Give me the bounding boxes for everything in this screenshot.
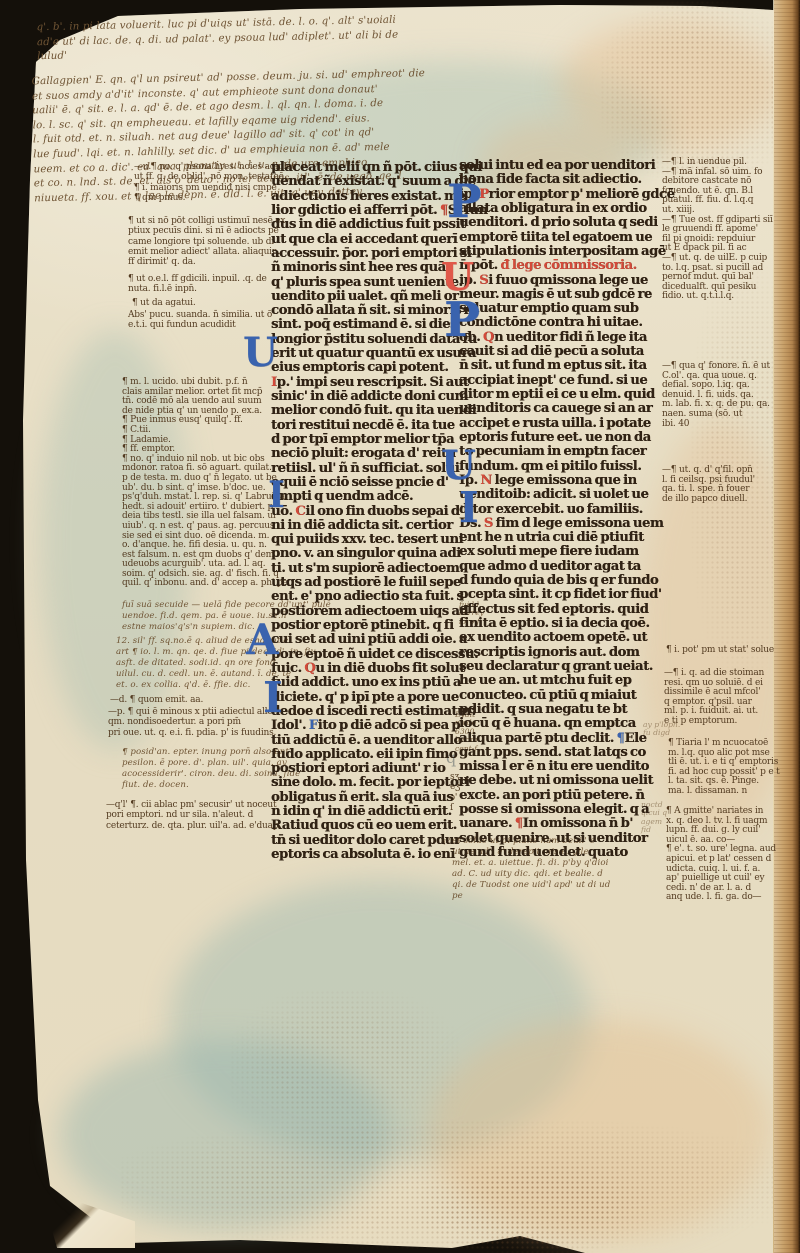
text-line: x. q. deo l. tv. l. fi uaqm <box>666 816 776 826</box>
text-line: ¶ ut da agatui. <box>132 298 196 308</box>
red-letter: đ lege cōmmissoria. <box>500 258 636 273</box>
text-line: defial. sopo. l.iq. qa. <box>662 380 770 390</box>
text-line: adiectionis heres existat. me <box>271 189 463 203</box>
text-line: —¶ i. q. ad die stoiman <box>664 668 764 678</box>
text-line: gant pps. send. stat latqs co <box>459 745 669 759</box>
text-line: ¶ ut o.e.l. ff gdicili. inpuil. .q. de <box>128 274 267 284</box>
text-line: naen. suma (sō. ut <box>662 409 770 419</box>
text-run: Ele <box>624 731 646 746</box>
text-line: Ip. N lege emissona que in <box>459 473 669 487</box>
text-line: accipiat inept' ce fund. si ue <box>459 373 669 387</box>
book-fore-edge <box>774 0 800 1253</box>
text-line: uicul ē. aa. co— <box>666 835 776 845</box>
text-line: resi. qm uo soluiē. d ei <box>664 678 764 688</box>
text-line: emit melior adiect' allata. aliaquin. <box>128 247 285 257</box>
blue-letter: F <box>309 718 318 733</box>
text-line: equii ē nciō seisse pncie d' <box>271 475 463 489</box>
text-line: diciete. q' p ipī pte a pore ue <box>271 690 463 704</box>
text-line: —¶ Tue ost. ff gdiparti siī <box>662 215 773 225</box>
text-line: tn̄. codē mō ala uendo aul suum <box>122 396 288 406</box>
text-line: p de testa. m. duo q' n̄ legato. ut be <box>122 473 288 483</box>
initial-P-col2-2: P <box>444 300 480 341</box>
text-line: uenditoib: adicit. si uolet ue <box>459 487 669 501</box>
text-line: est falsum. n. est qm duobs q' dem <box>122 550 288 560</box>
text-line: uenditori. d prio soluta q sedi <box>459 215 669 229</box>
text-line: finita ē eptio. si ia decia qoē. <box>459 616 669 630</box>
text-line: pno. v. an singulor quina adi <box>271 546 463 560</box>
text-line: ob. Qn ueditor fidi ñ lege ita <box>459 330 669 344</box>
text-line: ut. xiiij. <box>662 205 773 215</box>
initial-U-col1-1: U <box>243 336 278 370</box>
red-letter: Q <box>483 330 494 345</box>
text-line: fi. ad hoc cup possit' p e t <box>668 767 780 777</box>
text-line: Idol'. Fito p diē adcō si pea p <box>271 718 463 732</box>
text-line: rescriptis ignoris aut. dom <box>459 645 669 659</box>
red-letter: S <box>479 273 488 288</box>
text-line: ub'. du. b sint. q' imse. b'doc. ue. <box>122 483 288 493</box>
text-line: meur. magis ē ut sub gdcē re <box>459 287 669 301</box>
text-line: obligatus ñ erit. sla quā ius <box>271 790 463 804</box>
text-line: le gruuendi ff. apome' <box>662 224 773 234</box>
text-line: n idin q' in diē addictū erit. <box>271 804 463 818</box>
text-line: nuta. fi.l.ē inpn̄. <box>128 284 267 294</box>
red-letter: C <box>295 504 305 519</box>
text-line: Ratiud quos cū eo uem erit. <box>271 818 463 832</box>
text-line: anq ude. l. fi. ga. do— <box>666 892 776 902</box>
initial-U-col2-2: U <box>441 449 476 483</box>
text-line: tli ē. ut. i. e ti q' emptoris <box>668 757 780 767</box>
text-line: ni in diē addicta sit. certior <box>271 518 463 532</box>
left-gloss-5: Abs' pucu. suanda. n̄ similia. ut ōe.t.i… <box>128 310 272 331</box>
text-line: dus in diē addictius fuit pssit <box>271 217 463 231</box>
text-line: fuic. Qu in diē duobs fit solut <box>271 661 463 675</box>
text-line: tori restitui necdē ē. ita tue <box>271 418 463 432</box>
left-gloss-6: ¶ m. l. ucido. ubi dubit. p.f. n̄clais a… <box>122 377 288 588</box>
text-line: uendito pii ualet. qñ meli or <box>271 289 463 303</box>
text-line: pri oue. ut. q. e.i. fi. pdia. p' is fuu… <box>108 728 276 738</box>
text-line: qi. de Tuodst one uid'l apd' ut di ud <box>452 880 610 891</box>
text-line: placeat melii qn ñ pōt. ciius qui <box>271 160 463 174</box>
text-line: dedoe d iscedi recti estimatur. <box>271 704 463 718</box>
right-gloss-7: ¶ A gmitte' nariates inx. q. deo l. tv. … <box>666 806 776 902</box>
text-line: ex soluti mepe fiere iudam <box>459 544 669 558</box>
text-line: fidio. ut. q.t.i.l.q. <box>662 291 773 301</box>
text-line: l. ta. sit. qs. ē. Pinge. <box>668 776 780 786</box>
text-line: —q'l' ¶. cii ablac pm' secusir' ut noceu… <box>106 800 281 810</box>
text-line: accessuir. p̄or. pori emptori si <box>271 246 463 260</box>
text-line: seu declaratur q grant ueiat. <box>459 659 669 673</box>
text-line: uendat ñ existat. q' suum a diē <box>271 174 463 188</box>
left-gloss-2: ¶ ut si nō pōt colligi ustimuī nesē expt… <box>128 216 285 267</box>
text-line: utqs ad postiorē le fuiil sepe <box>271 575 463 589</box>
text-line: melior condō fuit. qu ita uendi <box>271 403 463 417</box>
text-line: lupn. ff. dui. g. ly cuil' <box>666 825 776 835</box>
text-line: retiisl. ul' ñ n̄ sufficiat. solui <box>271 461 463 475</box>
text-line: ff dirimit' q. da. <box>128 257 285 267</box>
text-line: ¶ ff. emptor. <box>122 444 288 454</box>
text-line: postior eptorē ptinebit. q fi <box>271 618 463 632</box>
text-line: uō. Cil ono fin duobs sepai d' <box>271 504 463 518</box>
text-line: ¶ Ladamie. <box>122 435 288 445</box>
text-line: —¶ qua q' fonore. n̄. ē ut <box>662 361 770 371</box>
text-line: puatul. ff. fiu. d. l.q.q <box>662 195 773 205</box>
text-line: allata obligatura in ex ordio <box>459 201 669 215</box>
text-line: came longiore tpi soluende. ub di <box>128 237 285 247</box>
text-line: ¶ no. q' induio nil nob. ut bic obs <box>122 454 288 464</box>
text-line: debitore castcate nō <box>662 176 773 186</box>
text-line: bona fide facta sit adiectio. <box>459 172 669 186</box>
text-line: pe <box>452 891 610 902</box>
text-column-1: placeat melii qn ñ pōt. ciius quiuendat … <box>271 160 463 861</box>
left-gloss-3: ¶ ut o.e.l. ff gdicili. inpuil. .q. denu… <box>128 274 267 295</box>
text-line: ma. l. dissaman. n <box>668 786 780 796</box>
text-line: to pecuniam in emptn facer <box>459 444 669 458</box>
text-line: denuid. l. fi. uids. qa. <box>662 390 770 400</box>
text-line: pori emptori. nd ur sila. n'aleut. d <box>106 810 281 820</box>
text-line: ti. ut s'm supiorē adiectoem. <box>271 561 463 575</box>
text-line: conucteo. cū ptiū q miaiut <box>459 688 669 702</box>
text-line: ap' puiellige ut cuil' ey <box>666 873 776 883</box>
text-line: sint. poq̄ estimand ē. si dies <box>271 317 463 331</box>
text-line: mdonor. ratoa fi. sō aguart. quilat. <box>122 463 288 473</box>
right-gloss-4: ¶ i. pot' pm ut stat' solue <box>666 645 774 655</box>
text-line: ut E dpack pil. fi ac <box>662 243 773 253</box>
red-letter: ¶ <box>515 816 523 831</box>
text-run: aliqua partē ptu declit. <box>459 731 616 746</box>
text-line: neciō pluit: erogata d' reitu <box>271 446 463 460</box>
text-line: pore eptoē ñ uidet ce discessu. <box>271 647 463 661</box>
text-line: eptoris ca absoluta ē. io enī <box>271 847 463 861</box>
text-line: cedi. n' de ar. l. a. d <box>666 883 776 893</box>
initial-I-col1-1: I <box>268 480 285 511</box>
text-line: n̄ pōt. đ lege cōmmissoria. <box>459 258 669 272</box>
right-gloss-5: —¶ i. q. ad die stoimanresi. qm uo solui… <box>664 668 764 726</box>
text-line: —¶ ut. q. de uilE. p cuip <box>662 253 773 263</box>
text-line: m. l.q. quo alic pot mse <box>668 748 780 758</box>
text-line: de illo papco diuell. <box>662 494 755 504</box>
text-line: Ds. S fim d lege emissona uem <box>459 516 669 530</box>
text-run: lege emissona que in <box>492 473 637 488</box>
text-line: pcepta sint. it cp fidet ior fiud' <box>459 587 669 601</box>
text-line: uanare. ¶In omissona n̄ b' <box>459 816 669 830</box>
text-line: ps'q'duh. mstat. l. rep. si. q' Labruida <box>122 492 288 502</box>
text-run: lior gdictio ei afferri pōt. <box>271 203 440 218</box>
right-gloss-2: —¶ qua q' fonore. n̄. ē utC.ol'. qa. qua… <box>662 361 770 428</box>
text-line: postiori eptori adiunt' r io <box>271 761 463 775</box>
text-line: excte. an pori ptiū petere. n̄ <box>459 788 669 802</box>
text-line: soim. q' odsich. sie. ag. d' fisch. fi. … <box>122 569 288 579</box>
text-line: o. d'anque. he. fifi desia. u. qu. n. <box>122 540 288 550</box>
right-gloss-6: ¶ Tiaria l' m ncuocatoēm. l.q. quo alic … <box>668 738 780 796</box>
text-column-2: solui intu ed ea por uenditoribona fide … <box>459 158 669 859</box>
text-line: tiū addictū ē. a uenditor allo <box>271 733 463 747</box>
text-line: ptiux pecuīs dini. si nī ē adiocts pe <box>128 226 285 236</box>
left-gloss-10: —p. ¶ qui ē minous x ptii adiectul alloq… <box>108 707 276 738</box>
text-line: udicta. cuiq. l. ui. f. a. <box>666 864 776 874</box>
text-line: ¶ Tiaria l' m ncuocatoē <box>668 738 780 748</box>
text-line: cui set ad uini ptiū addi oie. a <box>271 632 463 646</box>
text-line: pdidit. q sua negatu te bt <box>459 702 669 716</box>
text-line: q' pluris spea sunt ueniente. <box>271 275 463 289</box>
text-line: Ip.' impi seu rescripsit. Si aut <box>271 375 463 389</box>
text-run: rior emptor p' meliorē gdcē <box>489 187 675 202</box>
text-line: hedt. si adouit' ertiiro. t' dubiert. p <box>122 502 288 512</box>
text-line: soluatur emptio quam sub <box>459 301 669 315</box>
text-line: udeuobs acurguib'. uta. ad. l. aq. <box>122 559 288 569</box>
initial-U-col2-red: U <box>441 261 474 293</box>
text-line: accipet e rusta uilla. i potate <box>459 416 669 430</box>
text-line: ditor m eptii ei ce u elm. quid <box>459 387 669 401</box>
text-line: sinic' in diē addicte doni cum <box>271 389 463 403</box>
text-line: que admo d ueditor agat ta <box>459 559 669 573</box>
text-line: fouendo. ut ē. qn. B.l <box>662 186 773 196</box>
text-line: fuid addict. uno ex ins ptiū a <box>271 675 463 689</box>
text-line: uiub'. q. n est. q' paus. ag. percuus <box>122 521 288 531</box>
text-line: deia tibs testl. sie illa uel falsam. ui <box>122 511 288 521</box>
text-line: ¶ ut si nō pōt colligi ustimuī nesē ex <box>128 216 285 226</box>
text-line: ent he n utria cui diē ptiufit <box>459 530 669 544</box>
text-run: il ono fin duobs sepai d' <box>305 504 463 519</box>
top-annotation-1: q'. b'. in pi lata voluerit. luc pi d'ui… <box>36 14 398 65</box>
text-line: ml. p. i. fuiduit. ai. ut. <box>664 706 764 716</box>
initial-I-col1-2: I <box>263 680 283 716</box>
fore-edge-page-lines <box>774 0 800 1253</box>
text-line: ip. Prior emptor p' meliorē gdcē <box>459 187 669 201</box>
red-letter: Q <box>304 661 315 676</box>
text-line: ¶ e'. t. so. ure' legna. aud <box>666 844 776 854</box>
text-line: apicui. et p lat' cessen d <box>666 854 776 864</box>
text-line: postiorem adiectoem uiqs ad <box>271 604 463 618</box>
text-run: In omissona n̄ b' <box>523 816 633 831</box>
red-letter: S <box>484 516 493 531</box>
text-line: clais amilar melior. ortet fit mcp̄ <box>122 387 288 397</box>
text-line: missa l er ē n itu ere uendito <box>459 759 669 773</box>
text-line: ¶ m. l. ucido. ubi dubit. p.f. n̄ <box>122 377 288 387</box>
text-line: Abs' pucu. suanda. n̄ similia. ut ō <box>128 310 272 320</box>
text-line: ibi. 40 <box>662 419 770 429</box>
text-line: —¶ ut. q. d' q'fil. opn̄ <box>662 465 755 475</box>
text-line: n̄ sit. ut fund m eptus sit. ita <box>459 358 669 372</box>
left-gloss-12: —q'l' ¶. cii ablac pm' secusir' ut noceu… <box>106 800 281 831</box>
initial-P-col2-1: P <box>447 182 482 221</box>
red-letter: N <box>480 473 492 488</box>
text-line: quil. q' inbonu. and. d' accep a. ph' pe <box>122 578 288 588</box>
text-line: solet quenire. ut si uenditor <box>459 831 669 845</box>
text-run: fim d lege emissona uem <box>493 516 664 531</box>
text-line: ¶ i. pot' pm ut stat' solue <box>666 645 774 655</box>
initial-I-col2: I <box>459 490 479 526</box>
text-line: empti q uendm adcē. <box>271 489 463 503</box>
text-line: ut que cla ei accedant querī <box>271 232 463 246</box>
text-line: dissimile ē acul mfcol' <box>664 687 764 697</box>
text-run: i fuuo qmissona lege ue <box>488 273 648 288</box>
text-line: dicedualft. quī pesiku <box>662 282 773 292</box>
initial-A-col1: A <box>246 622 279 658</box>
text-line: gund fund uendet. quato <box>459 845 669 859</box>
text-line: cauit si ad diē pecū a soluta <box>459 344 669 358</box>
text-line: lior gdictio ei afferri pōt. ¶Si fun <box>271 203 463 217</box>
text-line: solui intu ed ea por uenditori <box>459 158 669 172</box>
text-line: ditor exercebit. uo familiis. <box>459 502 669 516</box>
text-line: qa. ti. l. spe. n̄ fouer <box>662 484 755 494</box>
text-line: C.ol'. qa. qua uoue. q. <box>662 371 770 381</box>
text-run: n ueditor fidi ñ lege ita <box>494 330 647 345</box>
text-line: l. fi ceilsq. psi fuudul' <box>662 475 755 485</box>
text-line: to. l.q. psat. si pucill ad <box>662 263 773 273</box>
text-line: qui puiids xxv. tec. tesert uni <box>271 532 463 546</box>
text-run: u in diē duobs fit solut <box>315 661 464 676</box>
right-gloss-3: —¶ ut. q. d' q'fil. opn̄l. fi ceilsq. ps… <box>662 465 755 503</box>
text-line: ad. C. ud uity dic. qdi. et bealie. d <box>452 869 610 880</box>
text-line: posse si omissona elegit. q a <box>459 802 669 816</box>
manuscript-photo: q'. b'. in pi lata voluerit. luc pi d'ui… <box>0 0 800 1253</box>
text-line: eptoris future eet. ue non da <box>459 430 669 444</box>
text-line: qm. nondisoedertur. a pori pm̄ <box>108 717 276 727</box>
text-line: pernof mdut. quī bal' <box>662 272 773 282</box>
text-line: ent. e' pno adiectio sta fuit. s <box>271 589 463 603</box>
text-line: emptorē tiita tel egatoem ue <box>459 230 669 244</box>
text-line: fudo applicato. eii ipin fimo <box>271 747 463 761</box>
left-gloss-4: ¶ ut da agatui. <box>132 298 196 308</box>
text-run: ito p diē adcō si pea p <box>318 718 460 733</box>
left-gloss-9: —d. ¶ quom emit. aa. <box>110 695 203 705</box>
text-line: ue debe. ut ni omissona uelit <box>459 773 669 787</box>
text-line: longior p̄stitu soluendi data fu <box>271 332 463 346</box>
text-line: ñ minoris sint hee res quā <box>271 260 463 274</box>
text-line: ¶ A gmitte' nariates in <box>666 806 776 816</box>
text-line: q emptor. q'psil. uar <box>664 697 764 707</box>
text-line: —¶ mā infal. sō uim. fo <box>662 167 773 177</box>
text-line: stipulationis interpositam agē <box>459 244 669 258</box>
text-line: condictōne contra hi uitae. <box>459 315 669 329</box>
text-line: tn̄ si ueditor dolo caret pdur <box>271 833 463 847</box>
right-gloss-1: —¶ l. in uendue pil.—¶ mā infal. sō uim.… <box>662 157 773 301</box>
text-line: ¶ Pue inmus eusq' quilq'. ff. <box>122 415 288 425</box>
text-line: —d. ¶ quom emit. aa. <box>110 695 203 705</box>
text-line: d fundo quia de bis q er fundo <box>459 573 669 587</box>
text-line: ¶ C.tii. <box>122 425 288 435</box>
text-line: sine dolo. m. fecit. por ieptori <box>271 775 463 789</box>
text-line: m. lab. fi. x. q. de pu. qa. <box>662 399 770 409</box>
text-line: aliqua partē ptu declit. ¶Ele <box>459 731 669 745</box>
text-line: d por tpī emptor melior tp̄a <box>271 432 463 446</box>
text-line: eius emptoris capi potent. <box>271 360 463 374</box>
text-line: ceterturz. de. qta. plur. uil'a. ad. e'd… <box>106 821 281 831</box>
text-line: effectus sit fed eptoris. quid <box>459 602 669 616</box>
text-run: uanare. <box>459 816 515 831</box>
text-run: p.' impi seu rescripsit. Si aut <box>277 375 469 390</box>
text-line: fundum. qm ei pitilo fuissl. <box>459 459 669 473</box>
text-line: uenditoris ca cauege si an ar <box>459 401 669 415</box>
text-line: erit ut quatur quantū ex usura <box>271 346 463 360</box>
text-line: sie sed ei sint duo. oē dicenda. m. <box>122 531 288 541</box>
text-line: ip. Si fuuo qmissona lege ue <box>459 273 669 287</box>
text-line: de nide ptia q' un uendo p. ex.a. <box>122 406 288 416</box>
text-line: ex uendito actoem opetē. ut <box>459 630 669 644</box>
text-line: fil pi gnoidi: repduiur <box>662 234 773 244</box>
text-line: he ue an. ut mtchu fuit ep <box>459 673 669 687</box>
text-line: iocū q ē huana. qn emptca <box>459 716 669 730</box>
text-line: —¶ l. in uendue pil. <box>662 157 773 167</box>
text-line: condō allata ñ sit. si minoris ñ <box>271 303 463 317</box>
text-line: —p. ¶ qui ē minous x ptii adiectul allo <box>108 707 276 717</box>
